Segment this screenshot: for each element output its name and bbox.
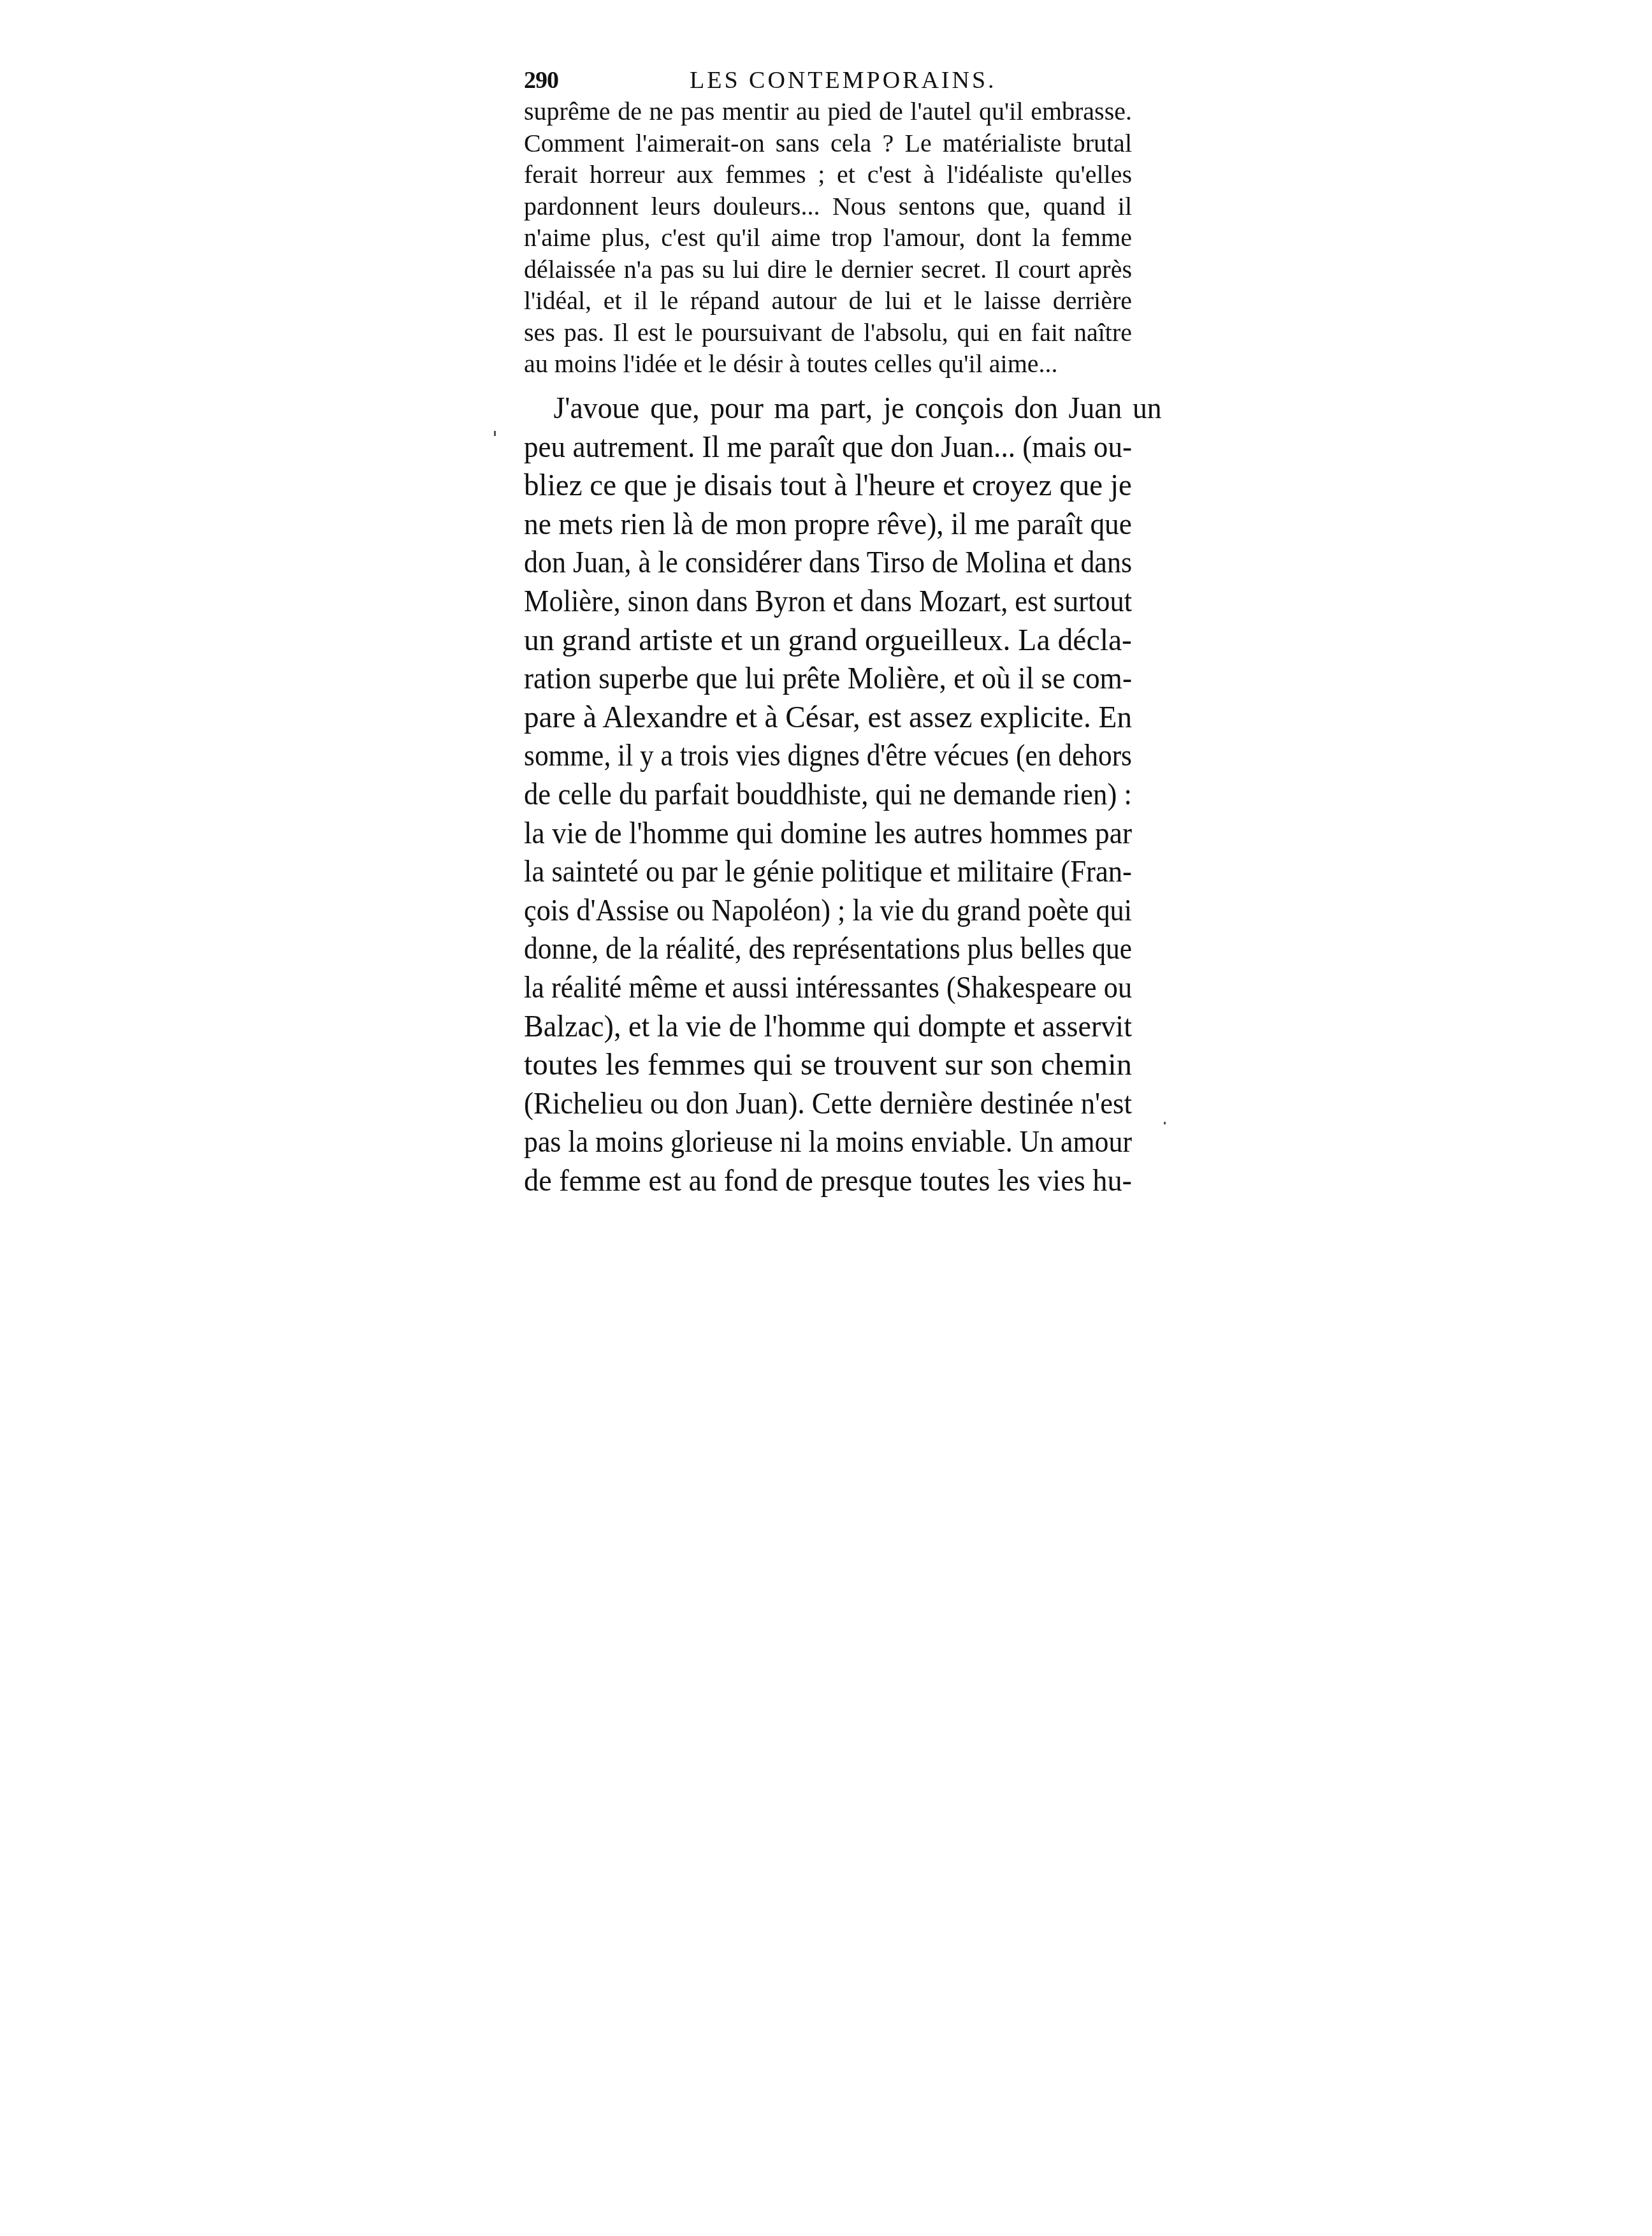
body-line: la sainteté ou par le génie politique et… <box>524 852 1132 891</box>
running-title: LES CONTEMPORAINS. <box>690 61 997 99</box>
body-line: donne, de la réalité, des représentation… <box>524 929 1132 968</box>
quote-line: Comment l'aimerait-on sans cela ? Le mat… <box>524 127 1132 159</box>
book-page: 290 LES CONTEMPORAINS. suprême de ne pas… <box>0 0 1652 2236</box>
body-line: don Juan, à le considérer dans Tirso de … <box>524 543 1132 582</box>
quote-line: délaissée n'a pas su lui dire le dernier… <box>524 254 1132 286</box>
quote-line: n'aime plus, c'est qu'il aime trop l'amo… <box>524 222 1132 254</box>
body-line: la vie de l'homme qui domine les autres … <box>524 814 1132 853</box>
body-line: (Richelieu ou don Juan). Cette dernière … <box>524 1084 1132 1123</box>
body-line: ne mets rien là de mon propre rêve), il … <box>524 505 1132 544</box>
scan-speck <box>1164 1122 1166 1124</box>
body-line: bliez ce que je disais tout à l'heure et… <box>524 466 1132 505</box>
quote-line: pardonnent leurs douleurs... Nous senton… <box>524 191 1132 222</box>
body-line: J'avoue que, pour ma part, je conçois do… <box>524 389 1162 428</box>
quoted-passage: suprême de ne pas mentir au pied de l'au… <box>524 96 1132 380</box>
body-line: la réalité même et aussi intéressantes (… <box>524 968 1132 1007</box>
scan-speck <box>494 431 496 436</box>
body-line: un grand artiste et un grand orgueilleux… <box>524 621 1132 660</box>
quote-line: au moins l'idée et le désir à toutes cel… <box>524 348 1132 380</box>
body-line: de celle du parfait bouddhiste, qui ne d… <box>524 775 1132 814</box>
body-line: pas la moins glorieuse ni la moins envia… <box>524 1122 1132 1161</box>
body-line: peu autrement. Il me paraît que don Juan… <box>524 428 1132 467</box>
body-line: pare à Alexandre et à César, est assez e… <box>524 698 1132 737</box>
quote-line: l'idéal, et il le répand autour de lui e… <box>524 285 1132 317</box>
body-line: çois d'Assise ou Napoléon) ; la vie du g… <box>524 891 1132 930</box>
quote-line: ses pas. Il est le poursuivant de l'abso… <box>524 317 1132 349</box>
quote-line: suprême de ne pas mentir au pied de l'au… <box>524 96 1132 127</box>
body-line: de femme est au fond de presque toutes l… <box>524 1161 1132 1200</box>
page-number: 290 <box>524 61 558 99</box>
body-line: toutes les femmes qui se trouvent sur so… <box>524 1045 1132 1084</box>
body-line: somme, il y a trois vies dignes d'être v… <box>524 736 1132 775</box>
quote-line: ferait horreur aux femmes ; et c'est à l… <box>524 159 1132 191</box>
running-head: 290 LES CONTEMPORAINS. <box>524 61 1132 99</box>
body-paragraph: J'avoue que, pour ma part, je conçois do… <box>524 389 1132 1200</box>
body-line: ration superbe que lui prête Molière, et… <box>524 659 1132 698</box>
body-line: Balzac), et la vie de l'homme qui dompte… <box>524 1007 1132 1046</box>
body-line: Molière, sinon dans Byron et dans Mozart… <box>524 582 1132 621</box>
